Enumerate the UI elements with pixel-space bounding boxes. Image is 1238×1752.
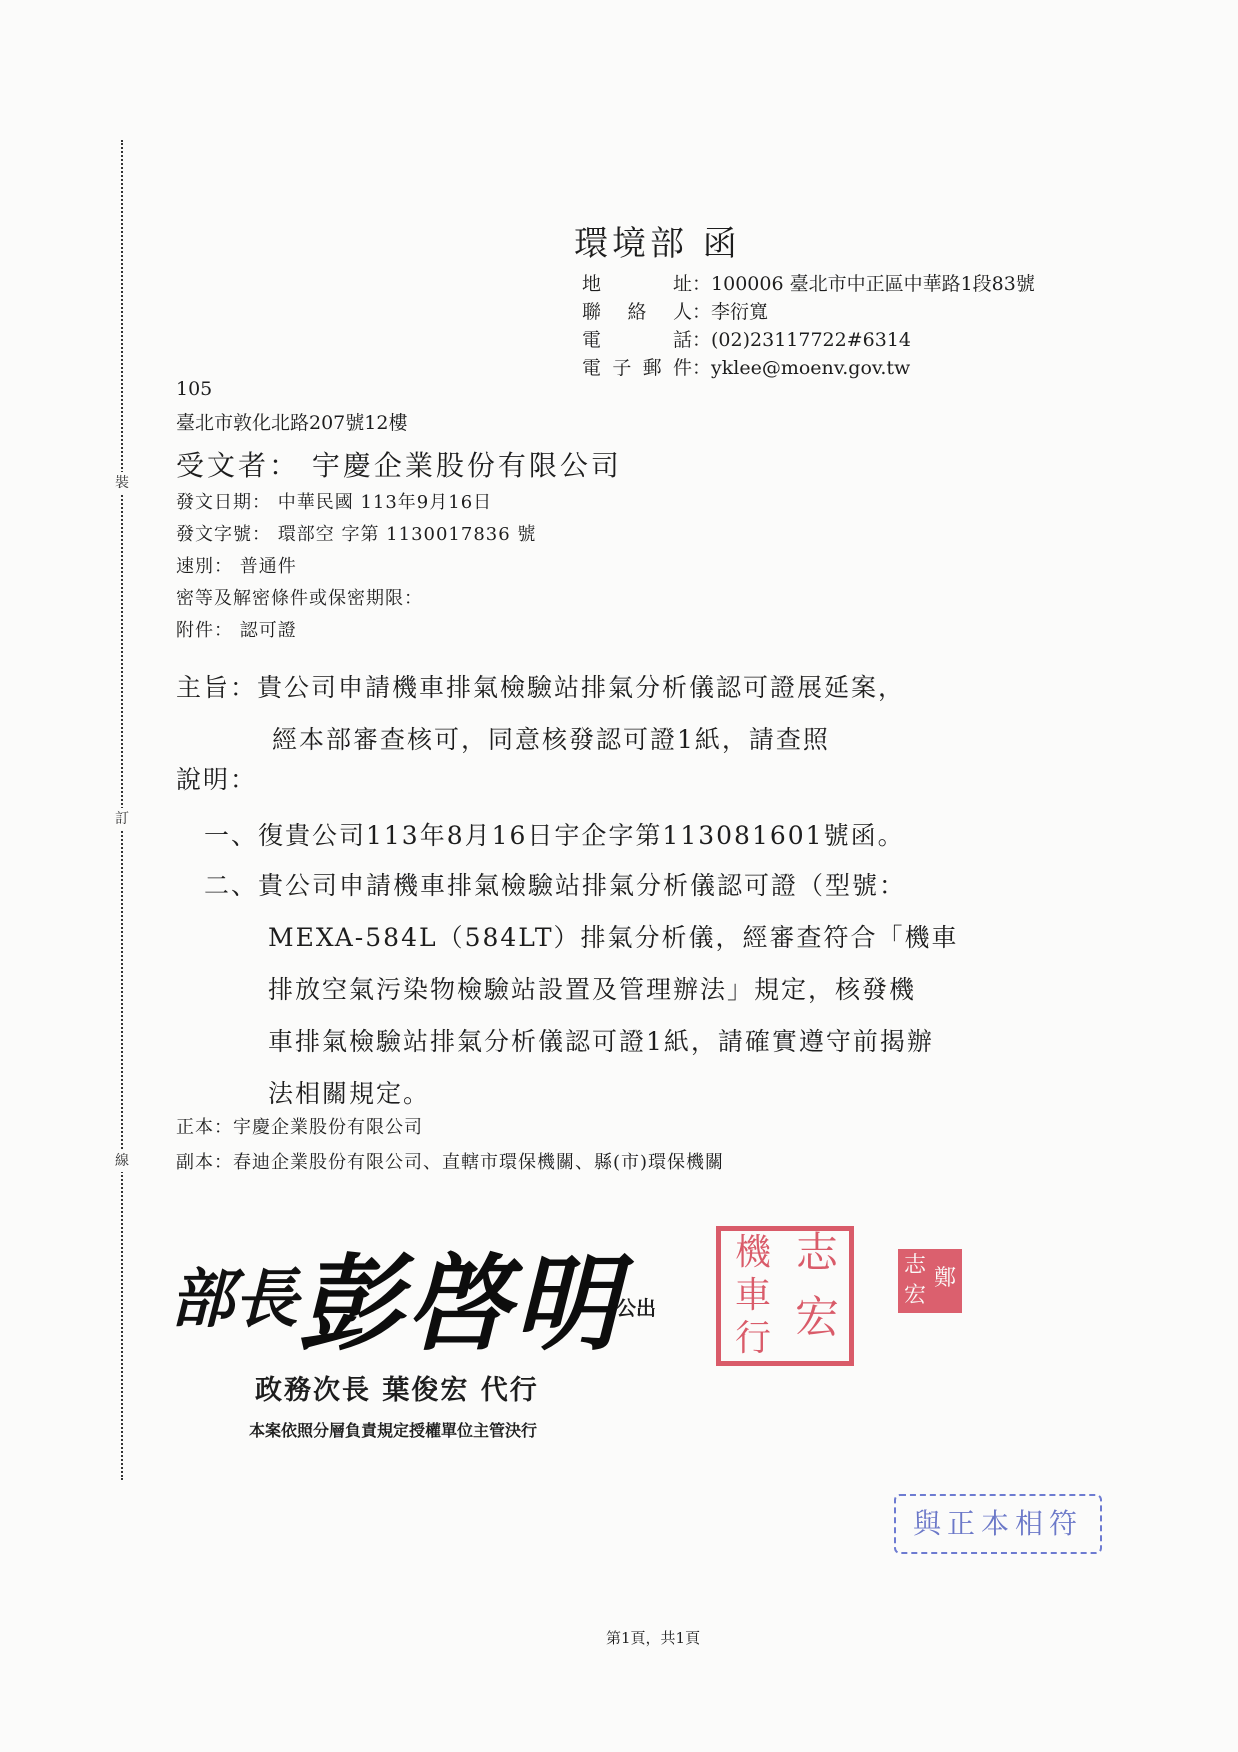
subject: 主旨：貴公司申請機車排氣檢驗站排氣分析儀認可證展延案， 經本部審查核可，同意核發… bbox=[176, 662, 905, 766]
contact-person: 聯 絡 人 ： 李衍寬 bbox=[582, 298, 1035, 326]
issue-date: 發文日期： 中華民國 113年9月16日 bbox=[176, 487, 536, 519]
contact-label: 電 子 郵 件 bbox=[582, 354, 692, 382]
seal-char: 志 bbox=[785, 1232, 849, 1274]
colon: ： bbox=[692, 354, 711, 382]
contact-phone: 電 話 ： (02)23117722#6314 bbox=[582, 326, 1035, 354]
label-char: 址 bbox=[673, 270, 692, 298]
explanation-label: 說明： bbox=[176, 760, 257, 796]
label-char: 子 bbox=[612, 354, 631, 382]
contact-label: 電 話 bbox=[582, 326, 692, 354]
distribution-list: 正本：宇慶企業股份有限公司 副本：春迪企業股份有限公司、直轄市環保機關、縣(市)… bbox=[176, 1110, 724, 1180]
contact-label: 聯 絡 人 bbox=[582, 298, 692, 326]
item-line: MEXA-584L（584LT）排氣分析儀，經審查符合「機車 bbox=[204, 912, 959, 964]
label-char: 地 bbox=[582, 270, 601, 298]
binding-label-xian: 線 bbox=[112, 1150, 132, 1172]
delegation-note: 本案依照分層負責規定授權單位主管決行 bbox=[249, 1418, 537, 1441]
seal-char: 志 bbox=[900, 1251, 930, 1281]
label-char: 電 bbox=[582, 354, 601, 382]
delivery-speed: 速別： 普通件 bbox=[176, 551, 536, 583]
seal-char: 宏 bbox=[785, 1296, 849, 1340]
colon: ： bbox=[692, 270, 711, 298]
recipient-address: 臺北市敦化北路207號12樓 bbox=[176, 408, 407, 435]
item-line: 車排氣檢驗站排氣分析儀認可證1紙，請確實遵守前揭辦 bbox=[204, 1016, 959, 1068]
seal-char: 鄭 bbox=[930, 1251, 960, 1311]
label-char: 件 bbox=[673, 354, 692, 382]
contact-label: 地 址 bbox=[582, 270, 692, 298]
original-recipient: 正本：宇慶企業股份有限公司 bbox=[176, 1110, 724, 1145]
page-number: 第1頁，共1頁 bbox=[606, 1627, 700, 1648]
explanation-item-2: 二、貴公司申請機車排氣檢驗站排氣分析儀認可證（型號： MEXA-584L（584… bbox=[204, 860, 959, 1120]
item-line: 二、貴公司申請機車排氣檢驗站排氣分析儀認可證（型號： bbox=[204, 860, 959, 912]
deputy-acting: 政務次長 葉俊宏 代行 bbox=[255, 1368, 539, 1407]
item-line: 排放空氣污染物檢驗站設置及管理辦法」規定，核發機 bbox=[204, 964, 959, 1016]
contact-value: yklee@moenv.gov.tw bbox=[711, 354, 910, 382]
label-char: 聯 bbox=[582, 298, 601, 326]
signature-title: 部長 bbox=[170, 1248, 298, 1340]
subject-line-1: 主旨：貴公司申請機車排氣檢驗站排氣分析儀認可證展延案， bbox=[176, 662, 905, 714]
official-trip-note: 公出 bbox=[616, 1292, 656, 1321]
seal-char: 車 bbox=[721, 1278, 785, 1314]
recipient-line: 受文者： 宇慶企業股份有限公司 bbox=[176, 444, 622, 484]
seal-char: 機 bbox=[721, 1235, 785, 1271]
label-char: 人 bbox=[673, 298, 692, 326]
sender-contact-block: 地 址 ： 100006 臺北市中正區中華路1段83號 聯 絡 人 ： 李衍寬 … bbox=[582, 270, 1035, 382]
recipient-zip: 105 bbox=[176, 378, 212, 400]
contact-email: 電 子 郵 件 ： yklee@moenv.gov.tw bbox=[582, 354, 1035, 382]
subject-line-2: 經本部審查核可，同意核發認可證1紙，請查照 bbox=[176, 714, 905, 766]
label-char: 郵 bbox=[643, 354, 662, 382]
attachment: 附件： 認可證 bbox=[176, 615, 536, 647]
company-seal: 志 宏 機 車 行 bbox=[716, 1226, 854, 1366]
label-char: 話 bbox=[673, 326, 692, 354]
label-char: 絡 bbox=[627, 298, 646, 326]
signature-name: 彭啓明 bbox=[298, 1220, 622, 1370]
document-meta: 發文日期： 中華民國 113年9月16日 發文字號： 環部空 字第 113001… bbox=[176, 487, 536, 647]
contact-value: 100006 臺北市中正區中華路1段83號 bbox=[711, 270, 1035, 298]
colon: ： bbox=[692, 298, 711, 326]
copy-recipients: 副本：春迪企業股份有限公司、直轄市環保機關、縣(市)環保機關 bbox=[176, 1145, 724, 1180]
personal-seal: 鄭 志 宏 bbox=[898, 1249, 962, 1313]
contact-address: 地 址 ： 100006 臺北市中正區中華路1段83號 bbox=[582, 270, 1035, 298]
seal-char: 行 bbox=[721, 1321, 785, 1357]
contact-value: (02)23117722#6314 bbox=[711, 326, 911, 354]
item-line: 一、復貴公司113年8月16日宇企字第113081601號函。 bbox=[204, 810, 905, 862]
label-char: 電 bbox=[582, 326, 601, 354]
document-number: 發文字號： 環部空 字第 1130017836 號 bbox=[176, 519, 536, 551]
contact-value: 李衍寬 bbox=[711, 298, 768, 326]
seal-char: 宏 bbox=[900, 1281, 930, 1311]
secrecy-level: 密等及解密條件或保密期限： bbox=[176, 583, 536, 615]
certified-true-copy-stamp: 與正本相符 bbox=[894, 1494, 1102, 1554]
binding-label-ding: 訂 bbox=[112, 808, 132, 830]
explanation-item-1: 一、復貴公司113年8月16日宇企字第113081601號函。 bbox=[204, 810, 905, 862]
document-title: 環境部 函 bbox=[574, 216, 741, 265]
binding-label-zhuang: 裝 bbox=[112, 472, 132, 494]
colon: ： bbox=[692, 326, 711, 354]
